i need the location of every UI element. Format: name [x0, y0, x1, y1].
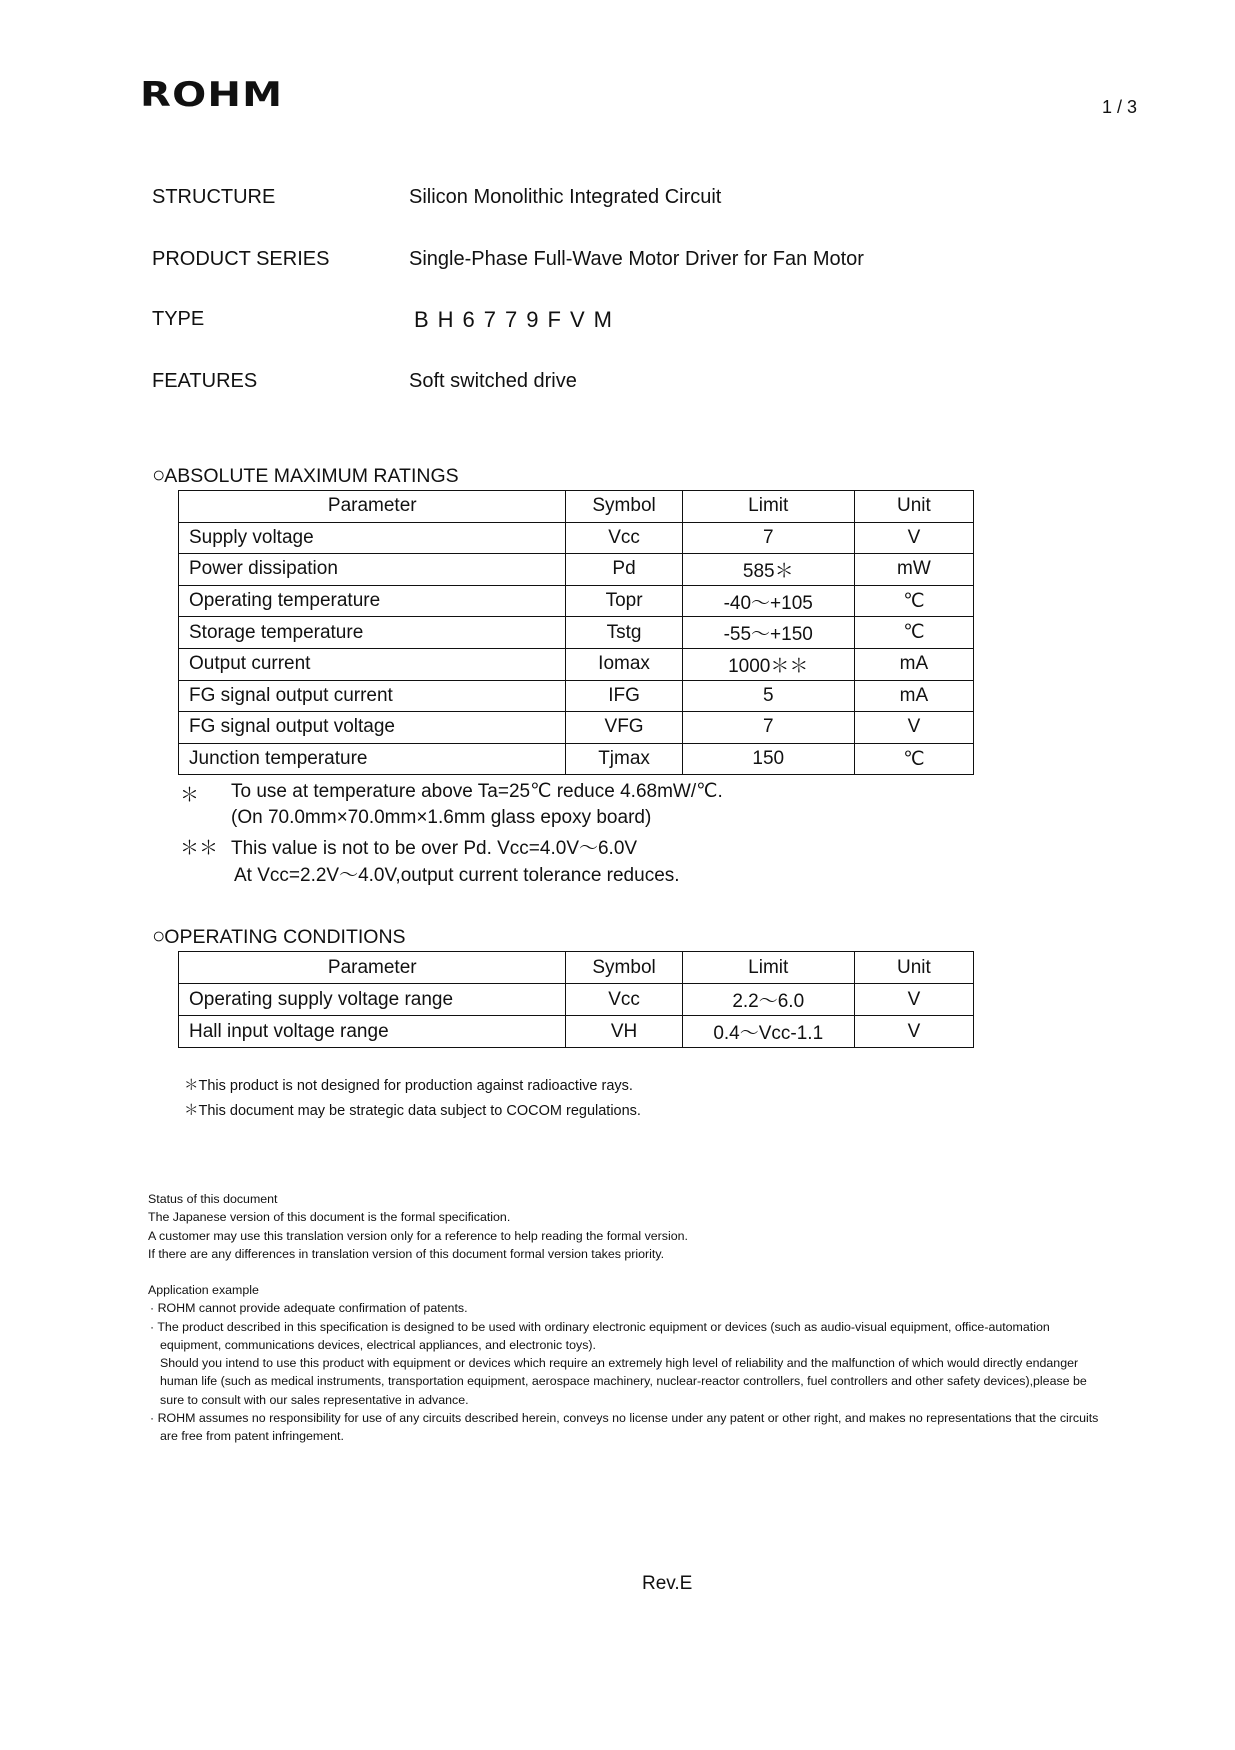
section-title-text: OPERATING CONDITIONS — [164, 926, 405, 948]
limit-cell: 150 — [682, 743, 854, 775]
application-bullet: · The product described in this specific… — [148, 1318, 1108, 1355]
product-series-value: Single-Phase Full-Wave Motor Driver for … — [409, 248, 864, 271]
symbol-cell: Tjmax — [566, 743, 682, 775]
param-cell: Operating temperature — [179, 585, 566, 617]
cocom-disclaimer: ＊This document may be strategic data sub… — [184, 1099, 641, 1120]
operating-conditions-title: ○OPERATING CONDITIONS — [152, 923, 406, 949]
symbol-cell: Vcc — [566, 522, 682, 554]
symbol-cell: Iomax — [566, 648, 682, 680]
symbol-cell: Tstg — [566, 617, 682, 649]
param-cell: Hall input voltage range — [179, 1016, 566, 1048]
symbol-cell: Pd — [566, 554, 682, 586]
table-row: FG signal output voltage VFG 7 V — [179, 712, 974, 744]
status-heading: Status of this document — [148, 1190, 1108, 1208]
param-cell: Storage temperature — [179, 617, 566, 649]
revision-label: Rev.E — [642, 1573, 692, 1595]
absolute-maximum-ratings-title: ○ABSOLUTE MAXIMUM RATINGS — [152, 462, 459, 488]
table-row: Operating temperature Topr -40～+105 ℃ — [179, 585, 974, 617]
table-row: Operating supply voltage range Vcc 2.2～6… — [179, 984, 974, 1016]
section-title-text: ABSOLUTE MAXIMUM RATINGS — [164, 465, 458, 487]
column-header: Symbol — [566, 952, 682, 984]
product-series-label: PRODUCT SERIES — [152, 248, 329, 271]
type-label: TYPE — [152, 308, 204, 331]
param-cell: FG signal output current — [179, 680, 566, 712]
application-section: Application example · ROHM cannot provid… — [148, 1281, 1108, 1446]
limit-cell: 0.4～Vcc-1.1 — [682, 1016, 854, 1048]
absolute-maximum-ratings-table: Parameter Symbol Limit Unit Supply volta… — [178, 490, 974, 775]
column-header: Unit — [854, 952, 973, 984]
structure-label: STRUCTURE — [152, 186, 275, 209]
structure-value: Silicon Monolithic Integrated Circuit — [409, 186, 721, 209]
type-value: BH6779FVM — [414, 307, 621, 333]
column-header: Symbol — [566, 491, 682, 523]
unit-cell: mA — [854, 648, 973, 680]
note-marker: ＊ — [180, 780, 199, 807]
note-text: (On 70.0mm×70.0mm×1.6mm glass epoxy boar… — [231, 807, 651, 829]
table-row: Output current Iomax 1000＊＊ mA — [179, 648, 974, 680]
limit-cell: 7 — [682, 522, 854, 554]
table-row: FG signal output current IFG 5 mA — [179, 680, 974, 712]
limit-cell: -55～+150 — [682, 617, 854, 649]
page-number: 1 / 3 — [1102, 97, 1137, 118]
unit-cell: ℃ — [854, 617, 973, 649]
table-header-row: Parameter Symbol Limit Unit — [179, 491, 974, 523]
unit-cell: ℃ — [854, 585, 973, 617]
column-header: Parameter — [179, 491, 566, 523]
symbol-cell: IFG — [566, 680, 682, 712]
status-line: A customer may use this translation vers… — [148, 1227, 1108, 1245]
param-cell: Output current — [179, 648, 566, 680]
limit-cell: -40～+105 — [682, 585, 854, 617]
limit-cell: 5 — [682, 680, 854, 712]
limit-cell: 7 — [682, 712, 854, 744]
note-marker: ＊＊ — [180, 833, 218, 860]
application-continuation: Should you intend to use this product wi… — [148, 1354, 1108, 1409]
table-row: Hall input voltage range VH 0.4～Vcc-1.1 … — [179, 1016, 974, 1048]
param-cell: Power dissipation — [179, 554, 566, 586]
table-header-row: Parameter Symbol Limit Unit — [179, 952, 974, 984]
status-section: Status of this document The Japanese ver… — [148, 1190, 1108, 1263]
limit-cell: 2.2～6.0 — [682, 984, 854, 1016]
note-text: To use at temperature above Ta=25℃ reduc… — [231, 780, 723, 803]
unit-cell: V — [854, 984, 973, 1016]
column-header: Limit — [682, 952, 854, 984]
column-header: Parameter — [179, 952, 566, 984]
symbol-cell: VH — [566, 1016, 682, 1048]
application-bullet: · ROHM cannot provide adequate confirmat… — [148, 1299, 1108, 1317]
unit-cell: V — [854, 1016, 973, 1048]
table-row: Junction temperature Tjmax 150 ℃ — [179, 743, 974, 775]
application-heading: Application example — [148, 1281, 1108, 1299]
unit-cell: mA — [854, 680, 973, 712]
status-line: The Japanese version of this document is… — [148, 1208, 1108, 1226]
unit-cell: mW — [854, 554, 973, 586]
rohm-logo: ROHM — [140, 78, 283, 112]
column-header: Unit — [854, 491, 973, 523]
note-text: This value is not to be over Pd. Vcc=4.0… — [231, 833, 637, 860]
param-cell: FG signal output voltage — [179, 712, 566, 744]
unit-cell: V — [854, 712, 973, 744]
unit-cell: ℃ — [854, 743, 973, 775]
features-label: FEATURES — [152, 370, 257, 393]
features-value: Soft switched drive — [409, 370, 577, 393]
table-row: Storage temperature Tstg -55～+150 ℃ — [179, 617, 974, 649]
param-cell: Junction temperature — [179, 743, 566, 775]
limit-cell: 1000＊＊ — [682, 648, 854, 680]
operating-conditions-table: Parameter Symbol Limit Unit Operating su… — [178, 951, 974, 1048]
column-header: Limit — [682, 491, 854, 523]
symbol-cell: Topr — [566, 585, 682, 617]
symbol-cell: Vcc — [566, 984, 682, 1016]
unit-cell: V — [854, 522, 973, 554]
symbol-cell: VFG — [566, 712, 682, 744]
status-line: If there are any differences in translat… — [148, 1245, 1108, 1263]
param-cell: Operating supply voltage range — [179, 984, 566, 1016]
note-text: At Vcc=2.2V～4.0V,output current toleranc… — [234, 860, 680, 887]
limit-cell: 585＊ — [682, 554, 854, 586]
application-bullet: · ROHM assumes no responsibility for use… — [148, 1409, 1108, 1446]
table-row: Power dissipation Pd 585＊ mW — [179, 554, 974, 586]
param-cell: Supply voltage — [179, 522, 566, 554]
radiation-disclaimer: ＊This product is not designed for produc… — [184, 1074, 633, 1095]
table-row: Supply voltage Vcc 7 V — [179, 522, 974, 554]
